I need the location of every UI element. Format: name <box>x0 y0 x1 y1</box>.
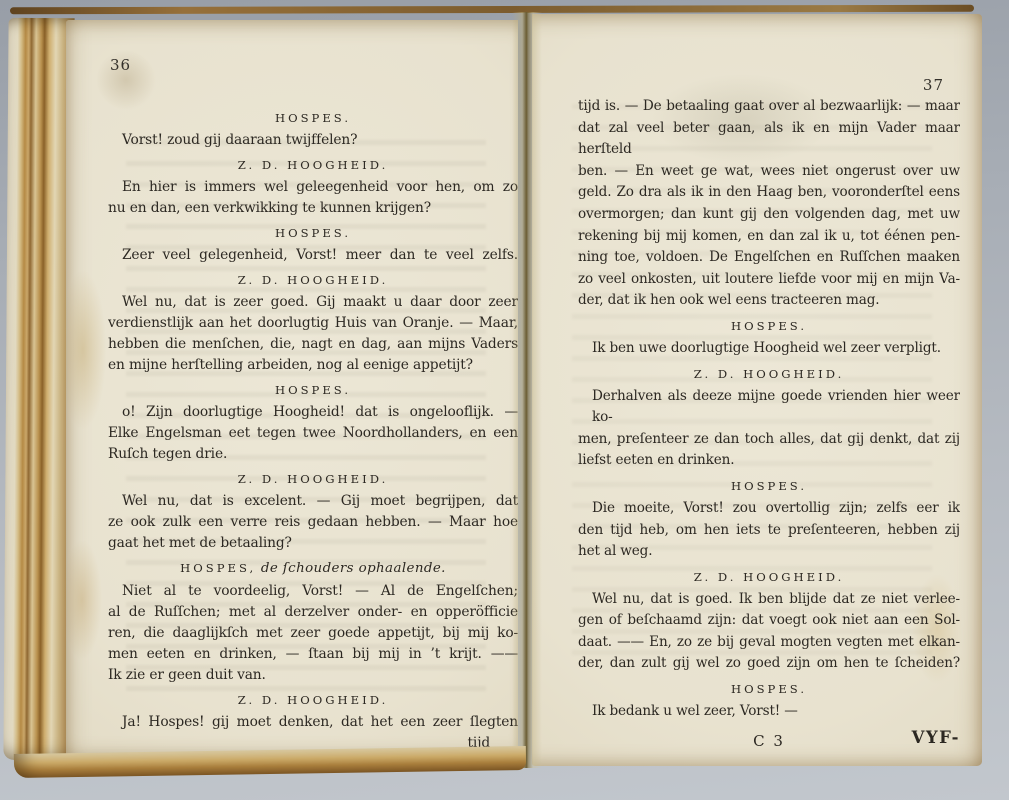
dialogue-speaker-heading: Z. D. HOOGHEID. <box>108 271 518 289</box>
catchword: VYF- <box>912 728 960 747</box>
speaker-name: HOSPES. <box>275 383 351 397</box>
text-line: Niet al te voordeelig, Vorst! — Al de En… <box>108 581 518 602</box>
dialogue-speaker-heading: Z. D. HOOGHEID. <box>108 156 518 174</box>
left-page-text-column: HOSPES.Vorst! zoud gij daaraan twijffele… <box>108 104 518 754</box>
text-line: men, preſenteer ze dan toch alles, dat g… <box>578 429 960 451</box>
dialogue-speaker-heading: HOSPES. <box>108 109 518 127</box>
text-line: o! Zijn doorlugtige Hoogheid! dat is ong… <box>108 402 518 423</box>
speaker-name: HOSPES. <box>731 319 807 333</box>
text-line: Ik bedank u wel zeer, Vorst! — <box>578 701 960 723</box>
text-line: Ik zie er geen duit van. <box>108 665 518 686</box>
text-line: den tijd heb, om hen iets te preſenteere… <box>578 520 960 542</box>
speaker-name: HOSPES. <box>275 226 351 240</box>
stage-direction: de ſchouders ophaalende. <box>256 561 446 576</box>
text-line: Ik ben uwe doorlugtige Hoogheid wel zeer… <box>578 338 960 360</box>
text-line: Ruſch tegen drie. <box>108 444 518 465</box>
text-line: Vorst! zoud gij daaraan twijffelen? <box>108 130 518 151</box>
speaker-name: HOSPES. <box>275 111 351 125</box>
dialogue-speaker-heading: HOSPES. <box>108 381 518 399</box>
foxing-stain <box>60 270 106 430</box>
speaker-name: HOSPES. <box>731 479 807 493</box>
text-line: En hier is immers wel geleegenheid voor … <box>108 177 518 198</box>
text-line: Elke Engelsman eet tegen twee Noordholla… <box>108 423 518 444</box>
text-line: Ja! Hospes! gij moet denken, dat het een… <box>108 712 518 733</box>
text-line: liefst eeten en drinken. <box>578 450 960 472</box>
text-line: tijd is. — De betaaling gaat over al bez… <box>578 96 960 118</box>
text-line: gaat het met de betaaling? <box>108 533 518 554</box>
text-line: al de Ruſſchen; met al derzelver onder- … <box>108 602 518 623</box>
text-line: verdienstlijk aan het doorlugtig Huis va… <box>108 313 518 334</box>
dialogue-speaker-heading: Z. D. HOOGHEID. <box>108 470 518 488</box>
right-page-text-column: tijd is. — De betaaling gaat over al bez… <box>578 96 960 756</box>
page-number-left: 36 <box>110 56 131 74</box>
page-edge-stack-left <box>3 18 74 760</box>
speaker-name: Z. D. HOOGHEID. <box>238 158 389 172</box>
text-line: nu en dan, een verkwikking te kunnen kri… <box>108 198 518 219</box>
speaker-name: Z. D. HOOGHEID. <box>238 693 389 707</box>
book-gutter-shadow <box>512 12 542 768</box>
open-book: 36 HOSPES.Vorst! zoud gij daaraan twijff… <box>4 4 982 776</box>
text-line: Derhalven als deeze mijne goede vrienden… <box>578 386 960 429</box>
text-line: Wel nu, dat is excelent. — Gij moet begr… <box>108 491 518 512</box>
speaker-name: HOSPES, <box>180 561 256 575</box>
text-line: hebben die menſchen, die, nagt en dag, a… <box>108 334 518 355</box>
speaker-name: Z. D. HOOGHEID. <box>238 273 389 287</box>
dialogue-speaker-heading: HOSPES. <box>578 477 960 495</box>
text-line: ben. — En weet ge wat, wees niet ongerus… <box>578 161 960 183</box>
text-line: rekening bij mij komen, en dan zal ik u,… <box>578 226 960 248</box>
dialogue-speaker-heading: HOSPES. <box>578 317 960 335</box>
page-footer: C 3VYF- <box>578 732 960 756</box>
text-line: Wel nu, dat is goed. Ik ben blijde dat z… <box>578 589 960 611</box>
page-number-right: 37 <box>923 76 944 94</box>
left-page: 36 HOSPES.Vorst! zoud gij daaraan twijff… <box>66 20 518 758</box>
dialogue-speaker-heading: Z. D. HOOGHEID. <box>578 365 960 383</box>
text-line: der, dan zult gij wel zo goed zijn om he… <box>578 653 960 675</box>
signature-mark: C 3 <box>578 732 960 750</box>
text-line: ning toe, voldoen. De Engelſchen en Ruſſ… <box>578 247 960 269</box>
text-line: Die moeite, Vorst! zou overtollig zijn; … <box>578 498 960 520</box>
dialogue-speaker-heading: Z. D. HOOGHEID. <box>578 568 960 586</box>
book-photo: 36 HOSPES.Vorst! zoud gij daaraan twijff… <box>0 0 1009 800</box>
text-line: gen of beſchaamd zijn: dat voegt ook nie… <box>578 610 960 632</box>
dialogue-speaker-heading: HOSPES, de ſchouders ophaalende. <box>108 559 518 578</box>
text-line: overmorgen; dan kunt gij den volgenden d… <box>578 204 960 226</box>
text-line: ren, die daaglijkſch met zeer goede appe… <box>108 623 518 644</box>
speaker-name: HOSPES. <box>731 682 807 696</box>
text-line: geld. Zo dra als ik in den Haag ben, voo… <box>578 182 960 204</box>
text-line: Wel nu, dat is zeer goed. Gij maakt u da… <box>108 292 518 313</box>
text-line: Zeer veel gelegenheid, Vorst! meer dan t… <box>108 245 518 266</box>
text-line: dat zal veel beter gaan, als ik en mijn … <box>578 118 960 161</box>
dialogue-speaker-heading: HOSPES. <box>578 680 960 698</box>
speaker-name: Z. D. HOOGHEID. <box>238 472 389 486</box>
text-line: daat. —— En, zo ze bij geval mogten vegt… <box>578 632 960 654</box>
text-line: zo veel onkosten, uit loutere liefde voo… <box>578 269 960 291</box>
dialogue-speaker-heading: Z. D. HOOGHEID. <box>108 691 518 709</box>
text-line: ze ook zulk een verre reis gedaan hebben… <box>108 512 518 533</box>
book-top-edge <box>10 5 974 15</box>
text-line: der, dat ik hen ook wel eens tracteeren … <box>578 290 960 312</box>
speaker-name: Z. D. HOOGHEID. <box>694 570 845 584</box>
text-line: en mijne herſtelling arbeiden, nog al ee… <box>108 355 518 376</box>
speaker-name: Z. D. HOOGHEID. <box>694 367 845 381</box>
dialogue-speaker-heading: HOSPES. <box>108 224 518 242</box>
right-page: 37 tijd is. — De betaaling gaat over al … <box>532 14 982 766</box>
text-line: men eeten en drinken, — ſtaan bij mij in… <box>108 644 518 665</box>
foxing-stain <box>62 540 102 660</box>
text-line: het al weg. <box>578 541 960 563</box>
